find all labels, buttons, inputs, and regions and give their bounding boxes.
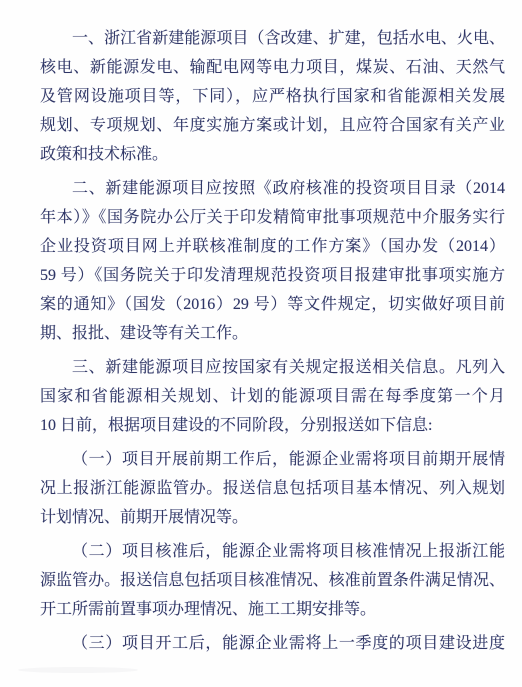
text-line: 期、报批、建设等有关工作。 [40, 319, 505, 348]
document-body: 一、浙江省新建能源项目（含改建、扩建，包括水电、火电、 核电、新能源发电、输配电… [40, 24, 505, 663]
scan-artifact [18, 667, 138, 673]
text-line: 政策和技术标准。 [40, 140, 505, 169]
text-line: 开工所需前置事项办理情况、施工工期安排等。 [40, 595, 505, 624]
paragraph-2: 二、新建能源项目应按照《政府核准的投资项目目录（2014 年本）》《国务院办公厅… [40, 174, 505, 348]
text-line: 年本）》《国务院办公厅关于印发精简审批事项规范中介服务实行 [40, 203, 505, 232]
text-line: 企业投资项目网上并联核准制度的工作方案》（国办发（2014） [40, 232, 505, 261]
paragraph-4: （一）项目开展前期工作后，能源企业需将项目前期开展情 况上报浙江能源监管办。报送… [40, 445, 505, 532]
paragraph-3: 三、新建能源项目应按国家有关规定报送相关信息。凡列入 国家和省能源相关规划、计划… [40, 353, 505, 440]
text-line: 及管网设施项目等，下同），应严格执行国家和省能源相关发展 [40, 82, 505, 111]
text-line: 况上报浙江能源监管办。报送信息包括项目基本情况、列入规划 [40, 474, 505, 503]
text-line: （一）项目开展前期工作后，能源企业需将项目前期开展情 [40, 445, 505, 474]
paragraph-1: 一、浙江省新建能源项目（含改建、扩建，包括水电、火电、 核电、新能源发电、输配电… [40, 24, 505, 169]
paragraph-6: （三）项目开工后，能源企业需将上一季度的项目建设进度 [40, 629, 505, 658]
text-line: 10 日前，根据项目建设的不同阶段，分别报送如下信息: [40, 411, 505, 440]
document-page: 一、浙江省新建能源项目（含改建、扩建，包括水电、火电、 核电、新能源发电、输配电… [0, 0, 522, 687]
text-line: 案的通知》（国发（2016）29 号）等文件规定，切实做好项目前 [40, 290, 505, 319]
text-line: 规划、专项规划、年度实施方案或计划，且应符合国家有关产业 [40, 111, 505, 140]
text-line: 计划情况、前期开展情况等。 [40, 503, 505, 532]
text-line: 二、新建能源项目应按照《政府核准的投资项目目录（2014 [40, 174, 505, 203]
text-line: 核电、新能源发电、输配电网等电力项目，煤炭、石油、天然气 [40, 53, 505, 82]
text-line: 三、新建能源项目应按国家有关规定报送相关信息。凡列入 [40, 353, 505, 382]
text-line: （二）项目核准后，能源企业需将项目核准情况上报浙江能 [40, 537, 505, 566]
paragraph-5: （二）项目核准后，能源企业需将项目核准情况上报浙江能 源监管办。报送信息包括项目… [40, 537, 505, 624]
text-line: 国家和省能源相关规划、计划的能源项目需在每季度第一个月 [40, 382, 505, 411]
text-line: 源监管办。报送信息包括项目核准情况、核准前置条件满足情况、 [40, 566, 505, 595]
text-line: （三）项目开工后，能源企业需将上一季度的项目建设进度 [40, 629, 505, 658]
text-line: 一、浙江省新建能源项目（含改建、扩建，包括水电、火电、 [40, 24, 505, 53]
text-line: 59 号）《国务院关于印发清理规范投资项目报建审批事项实施方 [40, 261, 505, 290]
